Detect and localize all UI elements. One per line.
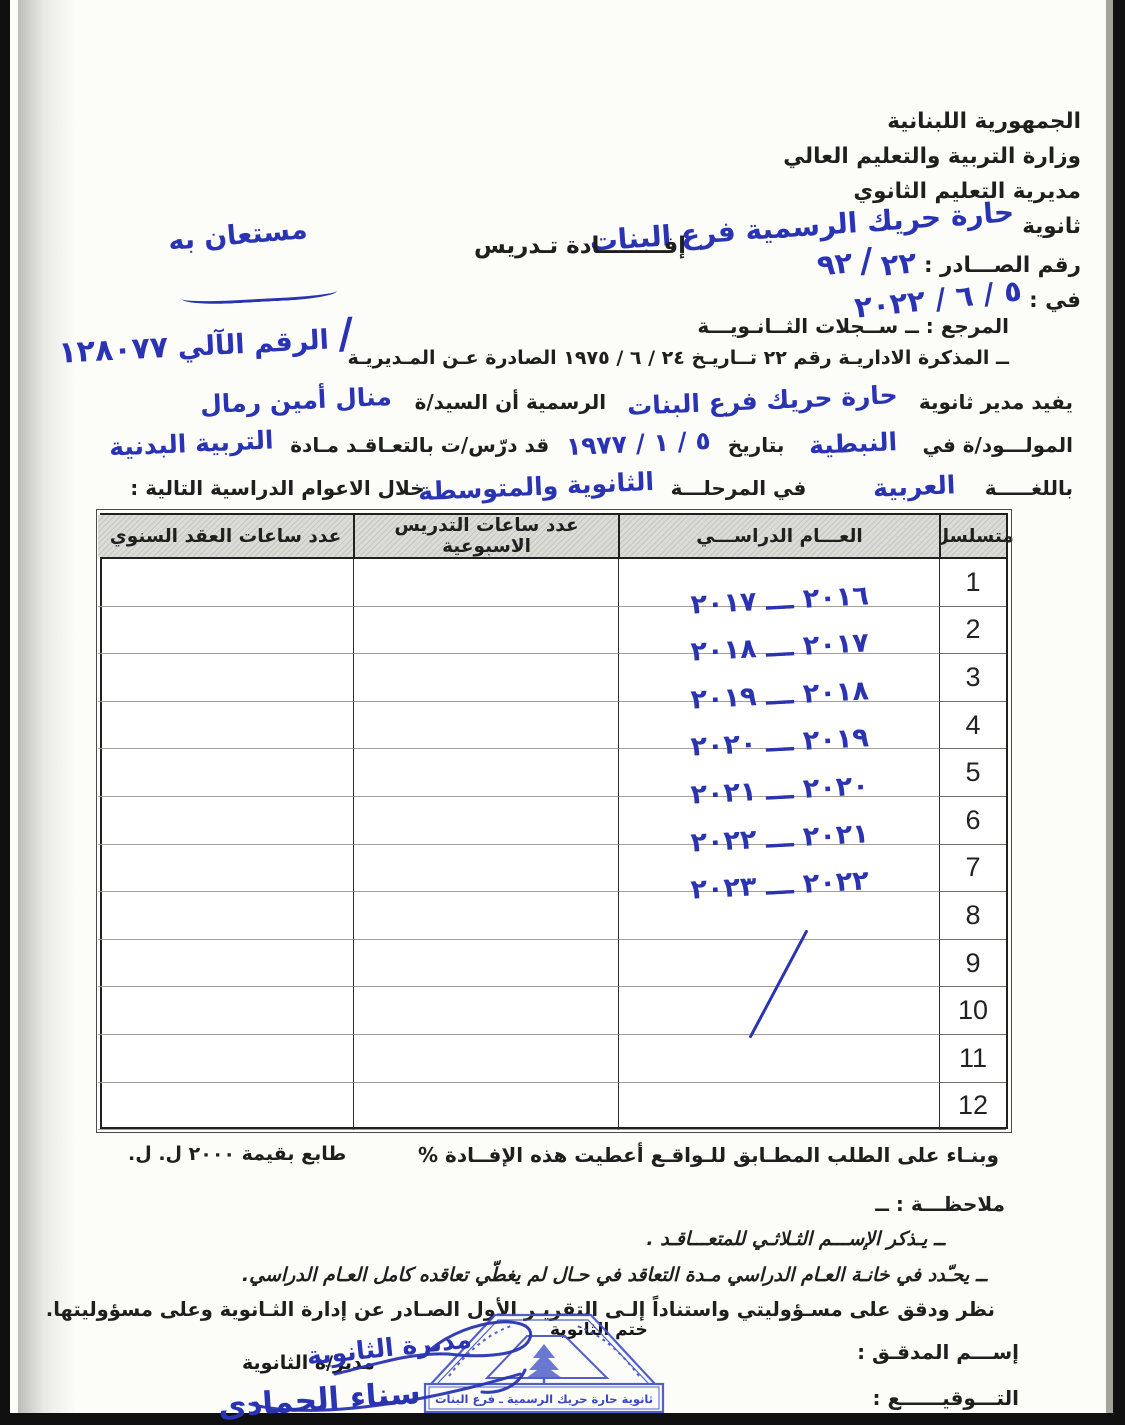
table-row: 11 <box>102 1035 1006 1083</box>
scan-shadow-left <box>18 0 76 1413</box>
weekly-cell <box>353 987 618 1035</box>
hw-subject: التربية البدنية <box>108 427 273 459</box>
annual-cell <box>98 559 353 607</box>
year-cell: ٢٠١٨ ـــ ٢٠١٩ <box>618 654 939 702</box>
year-cell: ٢٠١٧ ـــ ٢٠١٨ <box>618 607 939 655</box>
issue-slash: / <box>859 244 874 279</box>
serial-cell: 6 <box>939 797 1006 845</box>
annual-cell <box>98 845 353 893</box>
table-row: 5٢٠٢٠ ـــ ٢٠٢١ <box>102 749 1006 797</box>
body-seg5: قد درّس/ت بالتعـاقـد مـادة <box>290 433 549 457</box>
note-1: ــ يـذكر الإســـم الثـلاثـي للمتعـــاقـد… <box>646 1228 945 1250</box>
issue-number-value2: ٩٢ <box>816 248 854 281</box>
year-cell: ٢٠١٩ ـــ ٢٠٢٠ <box>618 702 939 750</box>
handwritten-invocation: مستعان به <box>167 214 309 257</box>
body-seg2: الرسمية أن السيد/ة <box>415 390 607 414</box>
annual-cell <box>98 1035 353 1083</box>
col-annual-hours: عدد ساعات العقد السنوي <box>98 515 353 557</box>
table-row: 1٢٠١٦ ـــ ٢٠١٧ <box>102 559 1006 607</box>
document-page: الجمهورية اللبنانية وزارة التربية والتعل… <box>10 0 1107 1413</box>
hw-language: العربية <box>873 472 956 501</box>
table-row: 9 <box>102 940 1006 988</box>
certificate-body: يفيد مدير ثانوية حارة حريك فرع البنات ال… <box>70 381 1073 510</box>
issue-date-label: في : <box>1029 288 1081 313</box>
reference-block: المرجع : ــ ســجلات الثــانـويـــة ــ ال… <box>348 310 1009 374</box>
table-header-row: متسلسل العـــام الدراســـي عدد ساعات الت… <box>102 515 1006 559</box>
weekly-cell <box>353 797 618 845</box>
auto-number-slash: / <box>337 308 355 358</box>
serial-cell: 1 <box>939 559 1006 607</box>
annual-cell <box>98 987 353 1035</box>
year-cell <box>618 1035 939 1083</box>
auto-number-handwritten: / الرقم الآلي ١٢٨٠٧٧ <box>57 308 355 372</box>
body-seg6: باللغـــــة <box>985 476 1073 500</box>
body-line1: يفيد مدير ثانوية حارة حريك فرع البنات ال… <box>70 381 1073 424</box>
note-2: ــ يحـّدد في خانـة العـام الدراسي مـدة ا… <box>242 1264 987 1286</box>
reference-line2: ــ المذكرة الاداريـة رقم ٢٢ تــاريـخ ٢٤ … <box>348 342 1009 374</box>
weekly-cell <box>353 1035 618 1083</box>
body-line3: باللغـــــة العربية في المرحلـــة الثانو… <box>70 467 1073 510</box>
serial-cell: 3 <box>939 654 1006 702</box>
year-cell: ٢٠٢٠ ـــ ٢٠٢١ <box>618 749 939 797</box>
year-cell <box>618 892 939 940</box>
serial-cell: 12 <box>939 1083 1006 1131</box>
serial-cell: 2 <box>939 607 1006 655</box>
teaching-years-table: متسلسل العـــام الدراســـي عدد ساعات الت… <box>100 513 1008 1129</box>
auto-number-label: الرقم الآلي <box>177 325 330 364</box>
hw-teacher-name: منال أمين رمال <box>199 384 392 417</box>
ministry-title: وزارة التربية والتعليم العالي <box>589 139 1081 174</box>
republic-title: الجمهورية اللبنانية <box>589 104 1081 139</box>
weekly-cell <box>353 940 618 988</box>
document-title: إفــــــــادة تـدريس <box>455 233 705 259</box>
annual-cell <box>98 892 353 940</box>
serial-cell: 11 <box>939 1035 1006 1083</box>
table-row: 8 <box>102 892 1006 940</box>
auditor-name-label: إســـم المدقـق : <box>857 1340 1019 1364</box>
hw-school: حارة حريك فرع البنات <box>627 382 899 419</box>
weekly-cell <box>353 607 618 655</box>
table-row: 7٢٠٢٢ ـــ ٢٠٢٣ <box>102 845 1006 893</box>
year-cell <box>618 1083 939 1131</box>
year-cell: ٢٠٢٢ ـــ ٢٠٢٣ <box>618 845 939 893</box>
weekly-cell <box>353 559 618 607</box>
col-serial: متسلسل <box>939 515 1006 557</box>
signature-label: التـــوقيــــــع : <box>873 1386 1019 1410</box>
serial-cell: 10 <box>939 987 1006 1035</box>
serial-cell: 9 <box>939 940 1006 988</box>
body-seg4: بتاريخ <box>728 433 785 457</box>
annual-cell <box>98 607 353 655</box>
principal-signature: مديرة الثانوية سناء الحمادى <box>130 1308 570 1420</box>
table-row: 12 <box>102 1083 1006 1131</box>
col-academic-year: العـــام الدراســـي <box>618 515 939 557</box>
annual-cell <box>98 940 353 988</box>
serial-cell: 8 <box>939 892 1006 940</box>
auto-number-value: ١٢٨٠٧٧ <box>58 330 170 371</box>
stamp-fee-note: طابع بقيمة ٢٠٠٠ ل. ل. <box>128 1143 346 1165</box>
annual-cell <box>98 702 353 750</box>
weekly-cell <box>353 892 618 940</box>
weekly-cell <box>353 654 618 702</box>
col-weekly-hours: عدد ساعات التدريس الاسبوعية <box>353 515 618 557</box>
closing-statement: وبنـاء على الطلب المطـابق للـواقـع أعطيت… <box>418 1143 999 1167</box>
table-row: 6٢٠٢١ ـــ ٢٠٢٢ <box>102 797 1006 845</box>
reference-line1: المرجع : ــ ســجلات الثــانـويـــة <box>348 310 1009 342</box>
hw-principal-name: سناء الحمادى <box>217 1375 422 1420</box>
hw-birthplace: النبطية <box>809 429 898 458</box>
scanned-document-canvas: الجمهورية اللبنانية وزارة التربية والتعل… <box>0 0 1125 1425</box>
weekly-cell <box>353 1083 618 1131</box>
school-prefix-label: ثانوية <box>1022 214 1081 239</box>
hw-birthdate: ٥ / ١ / ١٩٧٧ <box>566 428 712 459</box>
year-cell: ٢٠٢١ ـــ ٢٠٢٢ <box>618 797 939 845</box>
scan-shadow-right <box>1106 0 1113 1413</box>
weekly-cell <box>353 702 618 750</box>
year-cell: ٢٠١٦ ـــ ٢٠١٧ <box>618 559 939 607</box>
year-cell <box>618 987 939 1035</box>
table-row: 2٢٠١٧ ـــ ٢٠١٨ <box>102 607 1006 655</box>
handwritten-underline <box>182 284 338 306</box>
hw-principal-title: مديرة الثانوية <box>305 1324 473 1371</box>
body-line2: المولـــود/ة في النبطية بتاريخ ٥ / ١ / ١… <box>70 424 1073 467</box>
signature-graphic: مديرة الثانوية سناء الحمادى <box>130 1308 570 1420</box>
hw-stage: الثانوية والمتوسطة <box>417 469 654 504</box>
serial-cell: 4 <box>939 702 1006 750</box>
serial-cell: 7 <box>939 845 1006 893</box>
table-row: 3٢٠١٨ ـــ ٢٠١٩ <box>102 654 1006 702</box>
body-seg7: في المرحلـــة <box>671 476 807 500</box>
annual-cell <box>98 749 353 797</box>
table-row: 10 <box>102 987 1006 1035</box>
weekly-cell <box>353 845 618 893</box>
notes-label: ملاحظـــة : ــ <box>875 1192 1005 1216</box>
letterhead: الجمهورية اللبنانية وزارة التربية والتعل… <box>589 104 1081 318</box>
annual-cell <box>98 654 353 702</box>
body-seg3: المولـــود/ة في <box>922 433 1073 457</box>
table-row: 4٢٠١٩ ـــ ٢٠٢٠ <box>102 702 1006 750</box>
annual-cell <box>98 797 353 845</box>
serial-cell: 5 <box>939 749 1006 797</box>
body-seg1: يفيد مدير ثانوية <box>919 390 1073 414</box>
annual-cell <box>98 1083 353 1131</box>
body-seg8: خلال الاعوام الدراسية التالية : <box>130 476 424 500</box>
weekly-cell <box>353 749 618 797</box>
issue-number-value: ٢٢ <box>880 248 918 281</box>
